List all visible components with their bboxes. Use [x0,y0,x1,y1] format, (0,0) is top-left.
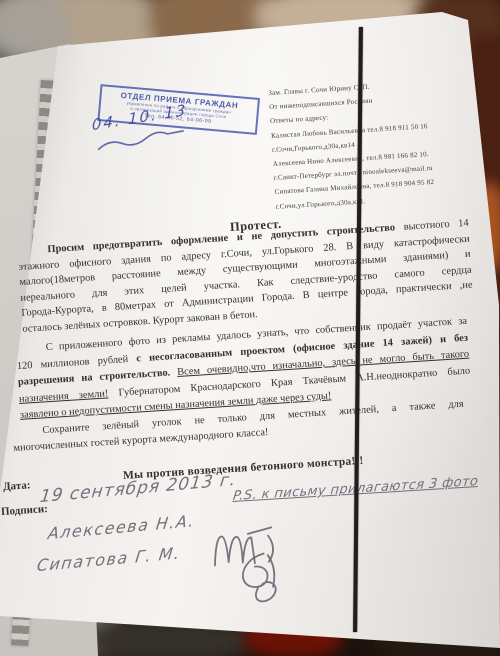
photo-of-protest-letter: ОТДЕЛ ПРИЕМА ГРАЖДАН управление по работ… [0,0,500,656]
stamp-signature-squiggle [95,127,188,154]
text-segment: назначения земли! [19,388,109,405]
date-label: Дата: [3,479,31,493]
signature-name-1: Алексеева Н.А. [47,511,196,543]
addressee-block: Зам. Главы г. Сочи Юрину С. П.От нижепод… [268,74,476,214]
text-segment: высотного 14 [395,218,469,234]
signature-name-2: Сипатова Г. М. [36,543,182,575]
signatures-label: Подписи: [1,503,49,518]
letter-content: ОТДЕЛ ПРИЕМА ГРАЖДАН управление по работ… [0,0,500,656]
signature-flourish-2 [223,545,299,610]
